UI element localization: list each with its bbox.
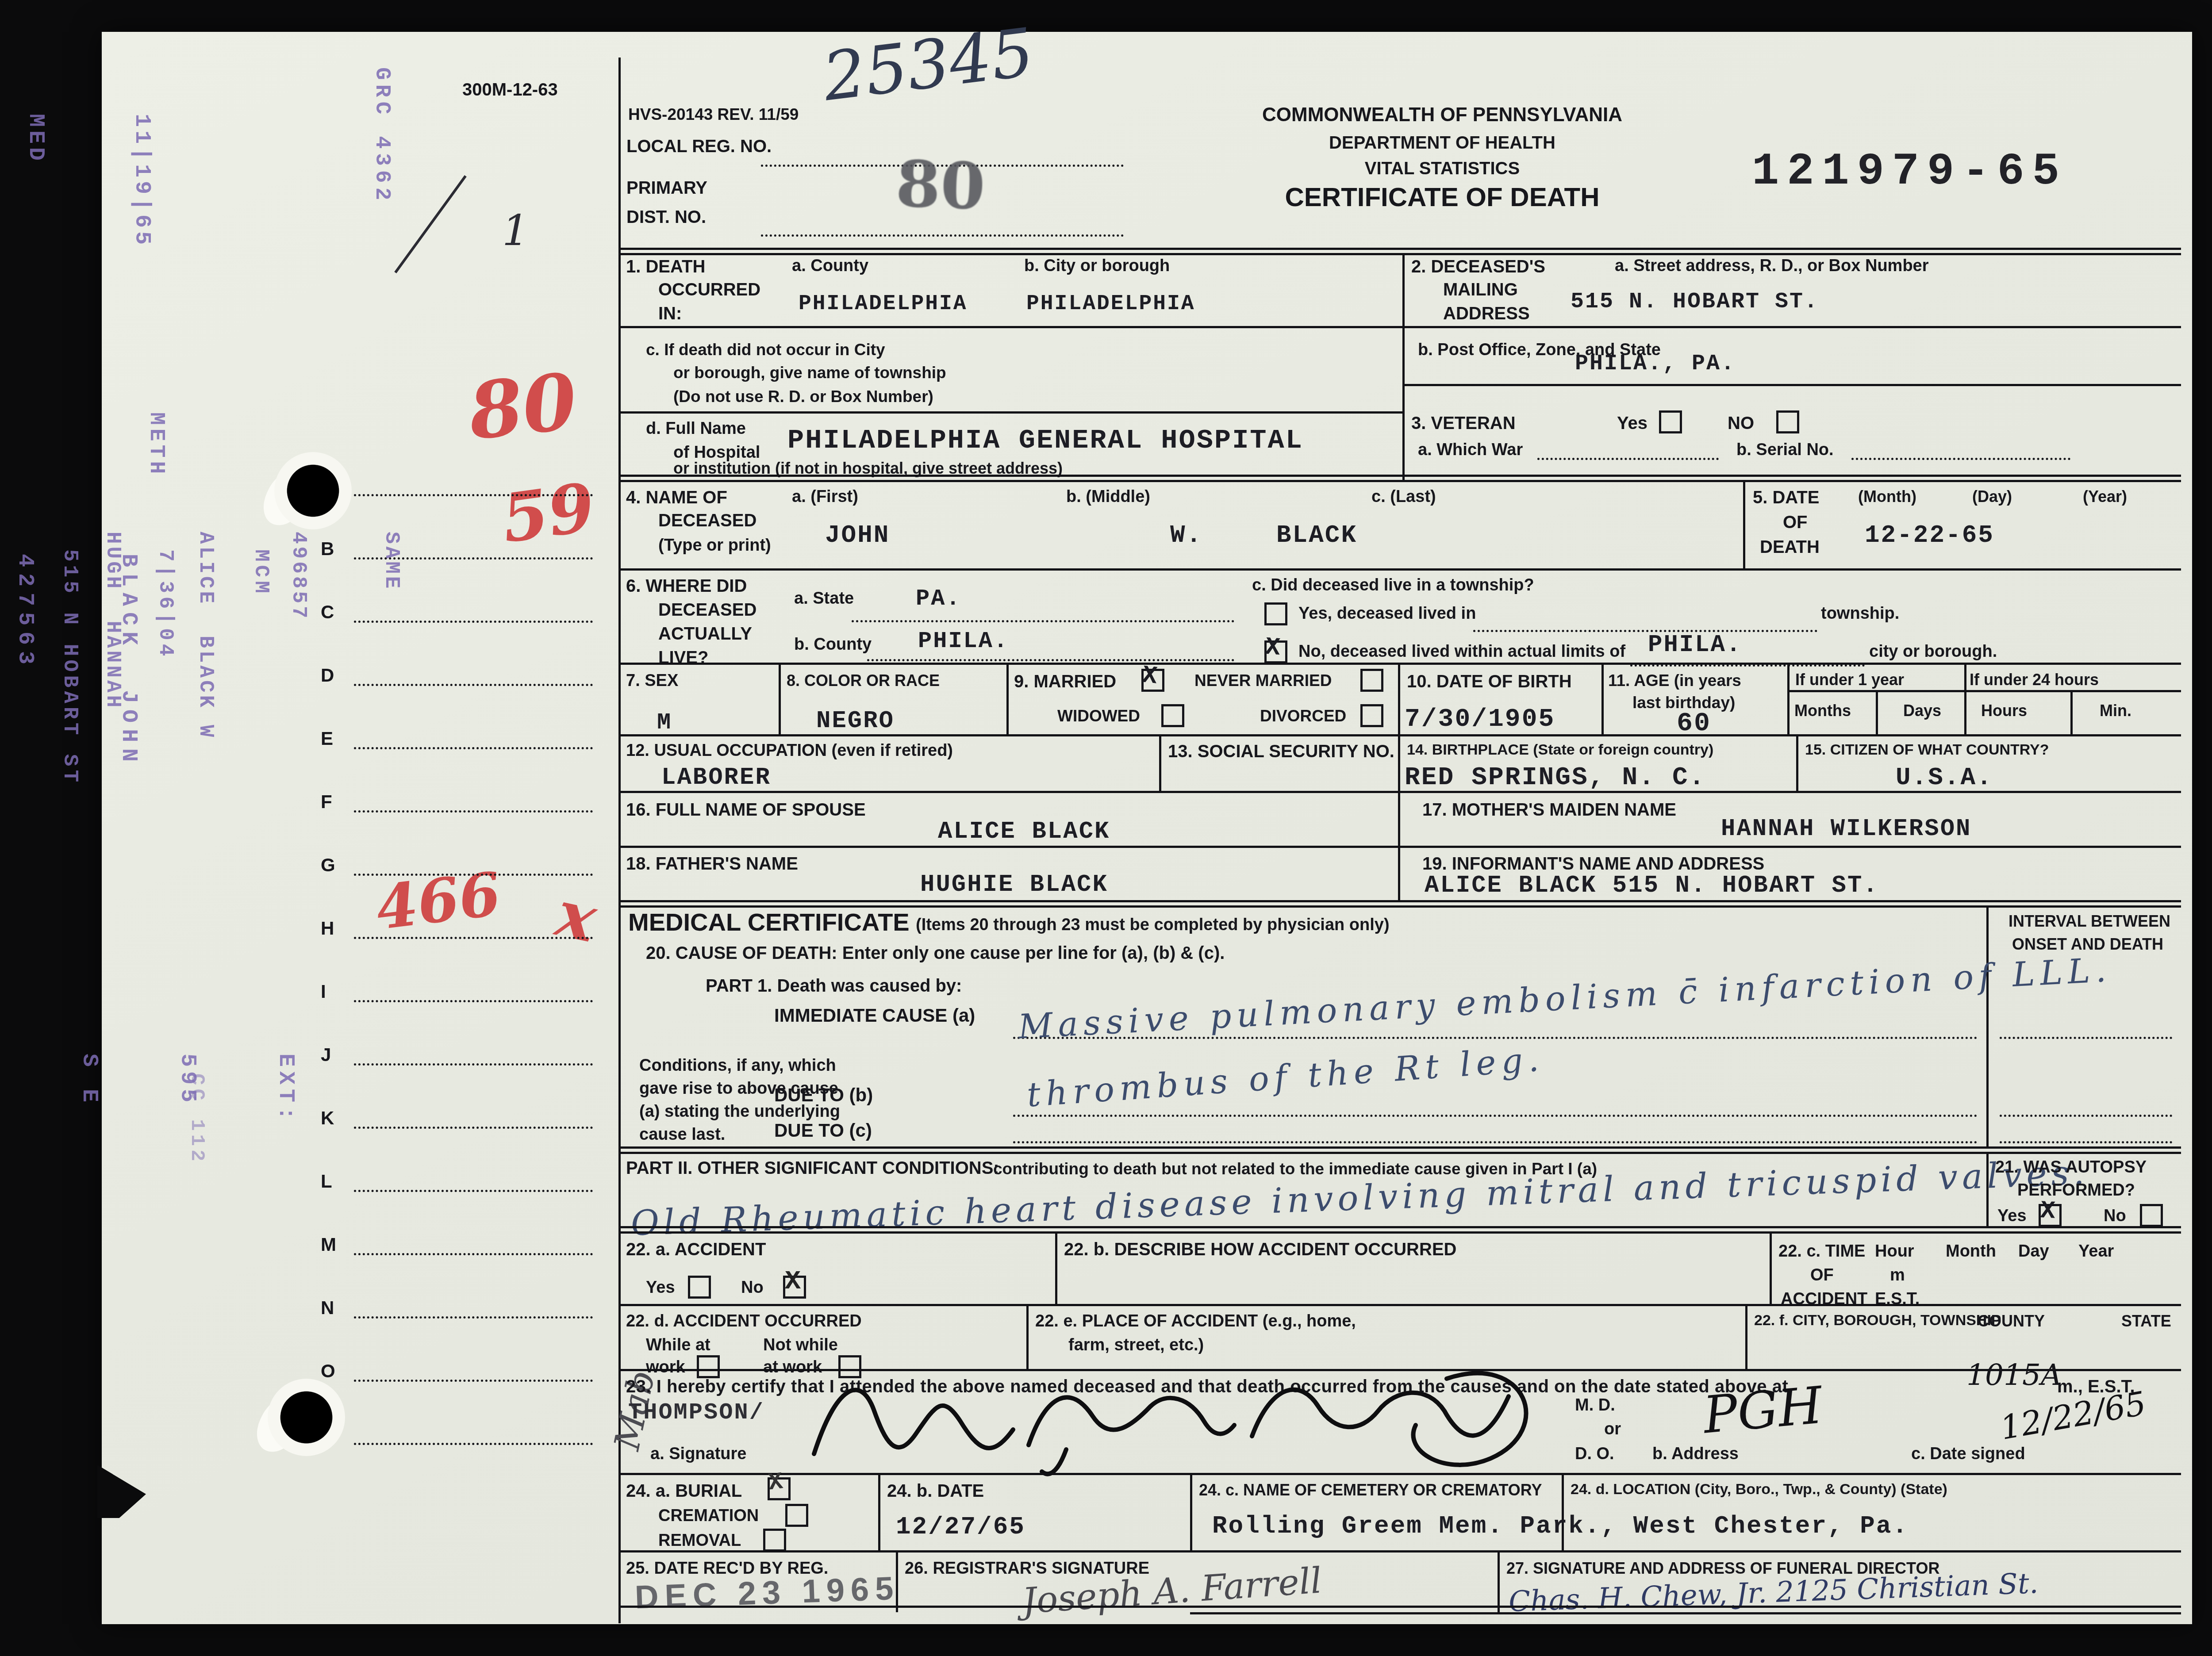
margin-letter-N: N (321, 1298, 334, 1318)
s20-cond4: cause last. (639, 1126, 725, 1144)
s2-label3: ADDRESS (1443, 304, 1530, 323)
s24-cremation-label: CREMATION (658, 1507, 759, 1525)
form-revision: HVS-20143 REV. 11/59 (628, 106, 799, 123)
s9-divorced-label: DIVORCED (1260, 708, 1346, 725)
township-no-x-mark: X (1264, 633, 1281, 662)
margin-dotted-line-F (354, 810, 593, 813)
s4-middle-label: b. (Middle) (1066, 488, 1150, 506)
s17-label: 17. MOTHER'S MAIDEN NAME (1422, 801, 1676, 819)
vital-statistics-line: VITAL STATISTICS (1225, 159, 1659, 178)
s17-mother-value: HANNAH WILKERSON (1721, 816, 1971, 843)
cause-a-interval-line (2000, 1037, 2172, 1039)
margin-dotted-line-N (354, 1316, 593, 1319)
margin-dotted-line-E (354, 747, 593, 749)
margin-letter-B: B (321, 539, 334, 559)
margin-letter-H: H (321, 919, 334, 938)
s11-min-label: Min. (2100, 702, 2131, 719)
part2-bottom-rule2 (618, 1231, 2181, 1234)
s6-township-label: township. (1821, 605, 1899, 623)
s22d-label: 22. d. ACCIDENT OCCURRED (626, 1313, 862, 1330)
s22f-county-label: COUNTY (1978, 1313, 2045, 1330)
s5-label: 5. DATE (1753, 488, 1819, 507)
s21-yes-label: Yes (1997, 1207, 2027, 1225)
autopsy-no-checkbox (2140, 1204, 2163, 1227)
punch-hole-ring (268, 1379, 345, 1456)
s1-c-bottom-rule (618, 411, 1402, 414)
s19-label: 19. INFORMANT'S NAME AND ADDRESS (1422, 855, 1764, 873)
while-at-work-checkbox (697, 1355, 720, 1378)
s5-date-of-death-value: 12-22-65 (1865, 521, 1994, 549)
s10-dob-value: 7/30/1905 (1405, 705, 1555, 734)
margin-letter-J: J (321, 1045, 331, 1065)
s15-label: 15. CITIZEN OF WHAT COUNTRY? (1805, 742, 2049, 758)
department-line: DEPARTMENT OF HEALTH (1225, 134, 1659, 152)
s8-race-value: NEGRO (816, 708, 895, 735)
s22f-state-label: STATE (2121, 1313, 2171, 1330)
row16-bottom-rule (618, 846, 2181, 848)
s24b-label: 24. b. DATE (887, 1482, 984, 1500)
s1-c-note2: or borough, give name of township (673, 364, 946, 382)
s3-no-label: NO (1728, 414, 1754, 433)
row2-bottom-rule2 (618, 480, 2181, 482)
s22a-no-label: No (741, 1279, 764, 1297)
stamp-family-block: SAME 496857 ALICE BLACK W HUGH HANNAH (35, 532, 469, 740)
s22e-label2: farm, street, etc.) (1068, 1337, 1204, 1354)
medical-certificate-title: MEDICAL CERTIFICATE (628, 909, 910, 935)
s19-informant-value: ALICE BLACK 515 N. HOBART ST. (1425, 872, 1879, 899)
s3-serial-line (1851, 458, 2070, 460)
margin-letter-M: M (321, 1235, 336, 1254)
stamp-family-line1: SAME (376, 532, 407, 740)
margin-dotted-line-P (354, 1443, 593, 1445)
autopsy-yes-x-mark: X (2039, 1196, 2056, 1226)
margin-letter-L: L (321, 1172, 332, 1191)
stamp-grc: GRC 4362 (370, 67, 394, 204)
s24-burial-label: 24. a. BURIAL (626, 1482, 742, 1500)
margin-letter-I: I (321, 982, 326, 1001)
s2-street-value: 515 N. HOBART ST. (1571, 289, 1819, 314)
s1-county-value: PHILADELPHIA (799, 292, 968, 316)
s5-day-label: (Day) (1972, 488, 2012, 505)
local-reg-number-handwritten: 25345 (819, 14, 1038, 116)
s22c-label1: 22. c. TIME (1778, 1243, 1865, 1261)
part2-bottom-rule1 (618, 1226, 2181, 1228)
married-x-mark: X (1141, 661, 1159, 690)
cremation-checkbox (785, 1504, 808, 1527)
s11-days-label: Days (1903, 702, 1941, 719)
margin-letter-C: C (321, 602, 334, 622)
s2-label: 2. DECEASED'S (1411, 257, 1545, 276)
s24-removal-label: REMOVAL (658, 1532, 741, 1550)
row12-div3 (1796, 734, 1798, 791)
interval-label2: ONSET AND DEATH (2012, 936, 2163, 953)
s23-do-label: D. O. (1575, 1445, 1614, 1463)
s23-datesigned-label: c. Date signed (1911, 1445, 2025, 1463)
s20-bottom-rule1 (618, 1146, 2181, 1149)
s22c-hour-label: Hour (1875, 1243, 1914, 1261)
s20-immediate-cause-label: IMMEDIATE CAUSE (a) (774, 1006, 975, 1025)
s1-d-label1: d. Full Name (646, 420, 746, 438)
s1-c-note1: c. If death did not occur in City (646, 341, 885, 359)
township-yes-checkbox (1264, 602, 1287, 625)
row4-bottom-rule (618, 568, 2181, 571)
s22d-notwhile: Not while (763, 1337, 838, 1354)
s1-county-label: a. County (792, 257, 868, 275)
s11-hours-label: Hours (1981, 702, 2027, 719)
s6-no-label: No, deceased lived within actual limits … (1298, 643, 1625, 661)
punch-hole-bottom (268, 1379, 345, 1456)
physician-signature (783, 1359, 1562, 1478)
s6-county-label: b. County (794, 636, 872, 654)
s4-first-label: a. (First) (792, 488, 858, 506)
row7-div3 (1398, 663, 1400, 734)
row24-div2 (1190, 1473, 1192, 1550)
s13-label: 13. SOCIAL SECURITY NO. (1168, 742, 1394, 761)
s12-label: 12. USUAL OCCUPATION (even if retired) (626, 742, 953, 760)
s4-middle-value: W. (1170, 521, 1202, 549)
interval-label1: INTERVAL BETWEEN (2008, 913, 2170, 930)
edge-tear (97, 1465, 146, 1518)
s1-city-label: b. City or borough (1024, 257, 1170, 275)
removal-checkbox (763, 1529, 786, 1552)
s14-label: 14. BIRTHPLACE (State or foreign country… (1407, 742, 1713, 758)
row24-bottom-rule (618, 1550, 2181, 1552)
s20-bottom-rule2 (618, 1152, 2181, 1154)
s23-time-handwriting: 1015A (1966, 1358, 2062, 1392)
s22d-whileat: While at (646, 1337, 710, 1354)
cause-a-handwriting: Massive pulmonary embolism c̄ infarction… (1017, 950, 2112, 1046)
s6-label: 6. WHERE DID (626, 577, 747, 595)
s18-label: 18. FATHER'S NAME (626, 855, 798, 873)
s20-due-c-label: DUE TO (c) (774, 1121, 872, 1140)
row7-div4 (1601, 663, 1604, 734)
s1-c-note3: (Do not use R. D. or Box Number) (673, 388, 933, 406)
punch-hole-top (274, 452, 352, 529)
stamp-family-line3: ALICE BLACK W (190, 532, 221, 740)
s22b-label: 22. b. DESCRIBE HOW ACCIDENT OCCURRED (1064, 1240, 1456, 1259)
s21-label: 21. WAS AUTOPSY (1995, 1159, 2147, 1177)
cause-b-line (1013, 1115, 1978, 1117)
s6-state-label: a. State (794, 590, 854, 608)
row22-div1 (1055, 1231, 1057, 1304)
row2-bottom-rule1 (618, 475, 2181, 477)
s1-label2: OCCURRED (658, 280, 760, 299)
s15-citizen-value: U.S.A. (1896, 763, 1993, 792)
bottom-rule2 (1190, 1612, 2181, 1614)
row25-div2 (1498, 1550, 1500, 1612)
row12-div1 (1159, 734, 1161, 791)
s24c-cemetery-value: Rolling Greem Mem. Park., West Chester, … (1212, 1512, 1909, 1540)
s2-po-rule (1405, 384, 2181, 386)
primary-label: PRIMARY (626, 179, 707, 197)
s22c-month-label: Month (1946, 1243, 1996, 1261)
row22d-div2 (1745, 1304, 1747, 1369)
s22c-label2: OF (1810, 1267, 1834, 1284)
s14-birthplace-value: RED SPRINGS, N. C. (1405, 763, 1706, 792)
handwritten-one: 1 (502, 207, 529, 255)
commonwealth-line: COMMONWEALTH OF PENNSYLVANIA (1225, 105, 1659, 125)
part2-divider (1986, 1152, 1989, 1226)
margin-dotted-line-K (354, 1127, 593, 1129)
s22d-work: work (646, 1359, 685, 1376)
s6-county-value: PHILA. (918, 628, 1009, 654)
widowed-checkbox (1161, 704, 1184, 727)
row18-bottom-rule2 (618, 905, 2181, 908)
s21-no-label: No (2104, 1207, 2126, 1225)
s22a-label: 22. a. ACCIDENT (626, 1240, 766, 1259)
stamp-med-ext-line1: EXT: (269, 1054, 302, 1124)
dist-no-line (761, 234, 1124, 237)
red-crayon-80: 80 (465, 356, 581, 457)
margin-letter-G: G (321, 855, 335, 875)
stamp-med-ext: EXT: 595 S E MED (0, 1054, 367, 1124)
s2-street-label: a. Street address, R. D., or Box Number (1615, 257, 1929, 275)
s23-signature-label: a. Signature (650, 1445, 747, 1463)
veteran-yes-checkbox (1659, 410, 1682, 433)
row24-div1 (878, 1473, 880, 1550)
s4-label: 4. NAME OF (626, 488, 727, 507)
s20-cond1: Conditions, if any, which (639, 1057, 836, 1075)
s1-city-value: PHILADELPHIA (1026, 292, 1195, 316)
row7-div7 (1876, 690, 1878, 734)
s4-last-label: c. (Last) (1371, 488, 1436, 506)
s11-months-label: Months (1794, 702, 1851, 719)
s6-label2: DECEASED (658, 601, 757, 619)
s6-county-line (867, 659, 1234, 661)
row22abc-bottom-rule (618, 1304, 2181, 1306)
s7-label: 7. SEX (626, 672, 678, 690)
row18-bottom-rule1 (618, 900, 2181, 902)
veteran-no-checkbox (1776, 410, 1799, 433)
s7-sex-value: M (657, 709, 672, 736)
stamp-family-line4: HUGH HANNAH (97, 532, 128, 740)
never-married-checkbox (1360, 669, 1383, 692)
row1-bottom-rule (618, 326, 2181, 328)
cause-c-line (1013, 1141, 1978, 1143)
row7-div6 (1964, 663, 1966, 734)
margin-dotted-line-G (354, 874, 593, 876)
row7-div2 (1006, 663, 1009, 734)
s16-spouse-value: ALICE BLACK (938, 818, 1110, 845)
margin-dotted-line-A (354, 494, 593, 496)
s11-label: 11. AGE (in years (1608, 672, 1741, 690)
s20-part1-label: PART 1. Death was caused by: (706, 977, 962, 995)
certificate-title: CERTIFICATE OF DEATH (1225, 183, 1659, 211)
row1-divider (1402, 253, 1405, 480)
s24d-label: 24. d. LOCATION (City, Boro., Twp., & Co… (1571, 1482, 1947, 1498)
row7-div1 (779, 663, 781, 734)
interval-divider (1986, 905, 1989, 1146)
s11-under24-label: If under 24 hours (1970, 671, 2099, 688)
margin-dotted-line-J (354, 1063, 593, 1066)
margin-letter-F: F (321, 792, 332, 812)
dist-no-stamp: 80 (895, 146, 987, 225)
stamp-med-date: 11|19|65 MED (0, 114, 230, 248)
death-certificate-paper: 300M-12-63 11|19|65 MED GRC 4362 1 METH … (102, 32, 2192, 1624)
s6-c-label: c. Did deceased live in a township? (1252, 577, 1534, 594)
accident-no-x-mark: X (785, 1267, 801, 1297)
s9-widowed-label: WIDOWED (1057, 708, 1140, 725)
header-rule-1 (618, 248, 2181, 250)
stamp-med-ext-line4: MED (0, 1054, 7, 1124)
s22a-yes-label: Yes (646, 1279, 675, 1297)
s9-never-label: NEVER MARRIED (1194, 672, 1332, 690)
s22c-day-label: Day (2018, 1243, 2049, 1261)
s20-label: 20. CAUSE OF DEATH: Enter only one cause… (646, 944, 1225, 962)
s23-md-label: M. D. (1575, 1397, 1615, 1414)
s16-label: 16. FULL NAME OF SPOUSE (626, 801, 866, 819)
stamp-med-ext-line3: S E (73, 1054, 105, 1124)
s6-yes-label: Yes, deceased lived in (1298, 605, 1476, 623)
s5-label2: OF (1783, 513, 1808, 532)
s23-address-handwriting: PGH (1701, 1376, 1825, 1445)
s6-label3: ACTUALLY (658, 625, 752, 643)
s5-label3: DEATH (1760, 538, 1820, 556)
divorced-checkbox (1360, 704, 1383, 727)
s20-cond3: (a) stating the underlying (639, 1103, 840, 1121)
certificate-number-stamp: 121979-65 (1752, 146, 2067, 197)
age-subheader-rule (1787, 690, 2181, 692)
margin-dotted-line-C (354, 621, 593, 623)
cause-b-handwriting: thrombus of the Rt leg. (1025, 1039, 1545, 1114)
s24c-label: 24. c. NAME OF CEMETERY OR CREMATORY (1199, 1482, 1542, 1499)
s3-war-line (1537, 458, 1719, 460)
margin-dotted-line-M (354, 1253, 593, 1255)
s22f-label: 22. f. CITY, BOROUGH, TOWNSHIP (1754, 1313, 2001, 1329)
s23-address-label: b. Address (1652, 1445, 1739, 1463)
cause-c-interval-line (2000, 1141, 2172, 1143)
form-print-code: 300M-12-63 (462, 80, 558, 99)
stamp-family-line2: 496857 (283, 532, 314, 740)
stamp-med-date-line1: 11|19|65 (124, 114, 159, 248)
margin-letter-D: D (321, 666, 334, 685)
s6-township-line (1473, 630, 1817, 632)
s3-serial-label: b. Serial No. (1736, 441, 1834, 459)
s22c-m-label: m (1890, 1267, 1905, 1284)
part2-label: PART II. OTHER SIGNIFICANT CONDITIONS: (626, 1159, 999, 1177)
thompson-stamp: THOMPSON/ (628, 1399, 764, 1426)
red-crayon-59: 59 (497, 468, 599, 558)
margin-dotted-line-B (354, 557, 593, 560)
s4-label3: (Type or print) (658, 537, 771, 555)
s1-hospital-value: PHILADELPHIA GENERAL HOSPITAL (787, 425, 1303, 456)
margin-letter-O: O (321, 1361, 335, 1381)
row22-div2 (1770, 1231, 1772, 1304)
row4-divider (1743, 480, 1745, 568)
header-rule-2 (618, 253, 2181, 255)
margin-dotted-line-H (354, 937, 593, 939)
row7-div5 (1787, 663, 1790, 734)
s2-po-value: PHILA., PA. (1575, 351, 1736, 376)
row12-div2 (1398, 734, 1400, 791)
dist-no-label: DIST. NO. (626, 208, 706, 226)
scan-background: 300M-12-63 11|19|65 MED GRC 4362 1 METH … (0, 0, 2212, 1656)
s3-war-label: a. Which War (1418, 441, 1523, 459)
s8-label: 8. COLOR OR RACE (787, 672, 940, 689)
pen-stroke (394, 175, 467, 273)
margin-letter-E: E (321, 729, 333, 748)
stamp-cc: CC 112 (186, 1073, 208, 1165)
s3-yes-label: Yes (1617, 414, 1647, 433)
margin-letter-K: K (321, 1108, 334, 1128)
row23-bottom-rule (618, 1473, 2181, 1475)
s1-label3: IN: (658, 304, 682, 323)
s24b-date-value: 12/27/65 (896, 1513, 1025, 1541)
bottom-rule1 (618, 1606, 2181, 1608)
stamp-med-date-line2: MED (18, 114, 53, 248)
row7-div8 (2070, 690, 2073, 734)
s5-year-label: (Year) (2083, 488, 2127, 505)
red-crayon-x: x (550, 876, 603, 957)
s22c-year-label: Year (2078, 1243, 2114, 1261)
s4-first-value: JOHN (825, 521, 890, 549)
local-reg-label: LOCAL REG. NO. (626, 137, 772, 156)
stamp-meth: METH (144, 412, 168, 477)
burial-x-mark: X (767, 1468, 784, 1497)
s18-father-value: HUGHIE BLACK (920, 871, 1108, 898)
red-crayon-466: 466 (372, 858, 504, 943)
s11-under1-label: If under 1 year (1795, 671, 1904, 688)
s6-state-line (852, 620, 1234, 622)
s3-label: 3. VETERAN (1411, 414, 1516, 433)
s21-label2: PERFORMED? (2017, 1182, 2135, 1200)
s6-state-value: PA. (916, 586, 961, 612)
margin-dotted-line-D (354, 684, 593, 686)
s22e-label1: 22. e. PLACE OF ACCIDENT (e.g., home, (1035, 1313, 1356, 1330)
s1-label: 1. DEATH (626, 257, 705, 276)
s2-label2: MAILING (1443, 280, 1518, 299)
margin-dotted-line-O (354, 1380, 593, 1382)
s6-no-value: PHILA. (1648, 632, 1742, 659)
s5-month-label: (Month) (1858, 488, 1916, 505)
medical-certificate-note: (Items 20 through 23 must be completed b… (916, 916, 1390, 934)
punch-hole-ring (274, 452, 352, 529)
s12-occupation-value: LABORER (661, 764, 771, 791)
s4-last-value: BLACK (1276, 521, 1357, 549)
margin-dotted-line-I (354, 1000, 593, 1002)
s6-cityborough-label: city or borough. (1869, 643, 1997, 661)
s4-label2: DECEASED (658, 511, 757, 530)
cause-b-interval-line (2000, 1115, 2172, 1117)
s10-label: 10. DATE OF BIRTH (1407, 672, 1572, 691)
margin-dotted-line-L (354, 1190, 593, 1192)
s9-married-label: 9. MARRIED (1014, 672, 1116, 691)
accident-yes-checkbox (688, 1276, 711, 1299)
s23-or-label: or (1604, 1421, 1621, 1438)
